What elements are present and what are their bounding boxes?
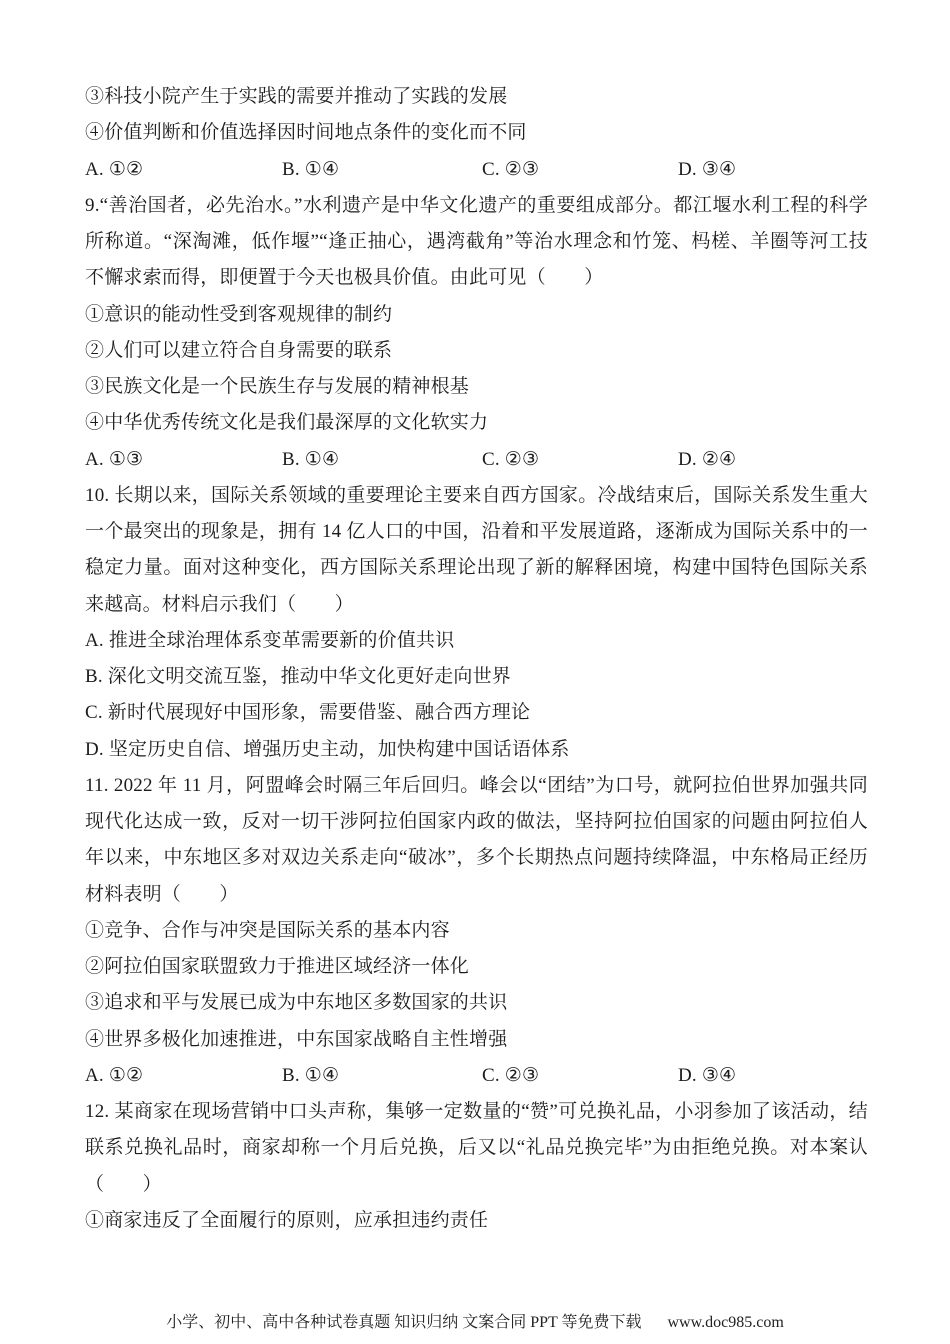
footer: 小学、初中、高中各种试卷真题 知识归纳 文案合同 PPT 等免费下载www.do… [0, 1312, 950, 1334]
text-line: （ ） [85, 1167, 868, 1203]
text-line: ④中华优秀传统文化是我们最深厚的文化软实力 [85, 405, 868, 441]
text-line: 9.“善治国者，必先治水。”水利遗产是中华文化遗产的重要组成部分。都江堰水利工程… [85, 188, 868, 224]
choice-option: C. ②③ [482, 152, 539, 188]
text-line: ①商家违反了全面履行的原则，应承担违约责任 [85, 1203, 868, 1239]
text-line: ③民族文化是一个民族生存与发展的精神根基 [85, 369, 868, 405]
exam-page: ③科技小院产生于实践的需要并推动了实践的发展④价值判断和价值选择因时间地点条件的… [0, 0, 950, 1344]
text-line: B. 深化文明交流互鉴，推动中华文化更好走向世界 [85, 659, 868, 695]
text-line: ③科技小院产生于实践的需要并推动了实践的发展 [85, 79, 868, 115]
choice-row: A. ①②B. ①④C. ②③D. ③④ [85, 152, 868, 188]
text-line: 11. 2022 年 11 月，阿盟峰会时隔三年后回归。峰会以“团结”为口号，就… [85, 768, 868, 804]
choice-option: A. ①② [85, 152, 143, 188]
text-line: D. 坚定历史自信、增强历史主动，加快构建中国话语体系 [85, 732, 868, 768]
footer-url: www.doc985.com [668, 1314, 784, 1331]
text-line: A. 推进全球治理体系变革需要新的价值共识 [85, 623, 868, 659]
text-line: 所称道。“深淘滩，低作堰”“逢正抽心，遇湾截角”等治水理念和竹笼、杩槎、羊圈等河… [85, 224, 868, 260]
text-line: 稳定力量。面对这种变化，西方国际关系理论出现了新的解释困境，构建中国特色国际关系… [85, 550, 868, 586]
text-line: 年以来，中东地区多对双边关系走向“破冰”，多个长期热点问题持续降温，中东格局正经… [85, 840, 868, 876]
text-line: C. 新时代展现好中国形象，需要借鉴、融合西方理论 [85, 695, 868, 731]
choice-row: A. ①②B. ①④C. ②③D. ③④ [85, 1058, 868, 1094]
choice-row: A. ①③B. ①④C. ②③D. ②④ [85, 442, 868, 478]
footer-text: 小学、初中、高中各种试卷真题 知识归纳 文案合同 PPT 等免费下载 [166, 1314, 641, 1331]
text-line: 12. 某商家在现场营销中口头声称，集够一定数量的“赞”可兑换礼品，小羽参加了该… [85, 1094, 868, 1130]
text-line: 现代化达成一致，反对一切干涉阿拉伯国家内政的做法，坚持阿拉伯国家的问题由阿拉伯人… [85, 804, 868, 840]
text-line: ①意识的能动性受到客观规律的制约 [85, 297, 868, 333]
text-line: ①竞争、合作与冲突是国际关系的基本内容 [85, 913, 868, 949]
choice-option: A. ①② [85, 1058, 143, 1094]
choice-option: A. ①③ [85, 442, 143, 478]
choice-option: D. ②④ [678, 442, 736, 478]
text-line: 来越高。材料启示我们（ ） [85, 587, 868, 623]
text-line: 10. 长期以来，国际关系领域的重要理论主要来自西方国家。冷战结束后，国际关系发… [85, 478, 868, 514]
document-body: ③科技小院产生于实践的需要并推动了实践的发展④价值判断和价值选择因时间地点条件的… [85, 79, 868, 1239]
choice-option: B. ①④ [282, 442, 339, 478]
text-line: 不懈求索而得，即便置于今天也极具价值。由此可见（ ） [85, 260, 868, 296]
text-line: 联系兑换礼品时，商家却称一个月后兑换，后又以“礼品兑换完毕”为由拒绝兑换。对本案… [85, 1130, 868, 1166]
choice-option: B. ①④ [282, 152, 339, 188]
choice-option: C. ②③ [482, 442, 539, 478]
text-line: ④价值判断和价值选择因时间地点条件的变化而不同 [85, 115, 868, 151]
text-line: ②人们可以建立符合自身需要的联系 [85, 333, 868, 369]
choice-option: D. ③④ [678, 152, 736, 188]
text-line: ③追求和平与发展已成为中东地区多数国家的共识 [85, 985, 868, 1021]
choice-option: B. ①④ [282, 1058, 339, 1094]
text-line: ④世界多极化加速推进，中东国家战略自主性增强 [85, 1022, 868, 1058]
text-line: ②阿拉伯国家联盟致力于推进区域经济一体化 [85, 949, 868, 985]
choice-option: D. ③④ [678, 1058, 736, 1094]
text-line: 材料表明（ ） [85, 877, 868, 913]
text-line: 一个最突出的现象是，拥有 14 亿人口的中国，沿着和平发展道路，逐渐成为国际关系… [85, 514, 868, 550]
choice-option: C. ②③ [482, 1058, 539, 1094]
